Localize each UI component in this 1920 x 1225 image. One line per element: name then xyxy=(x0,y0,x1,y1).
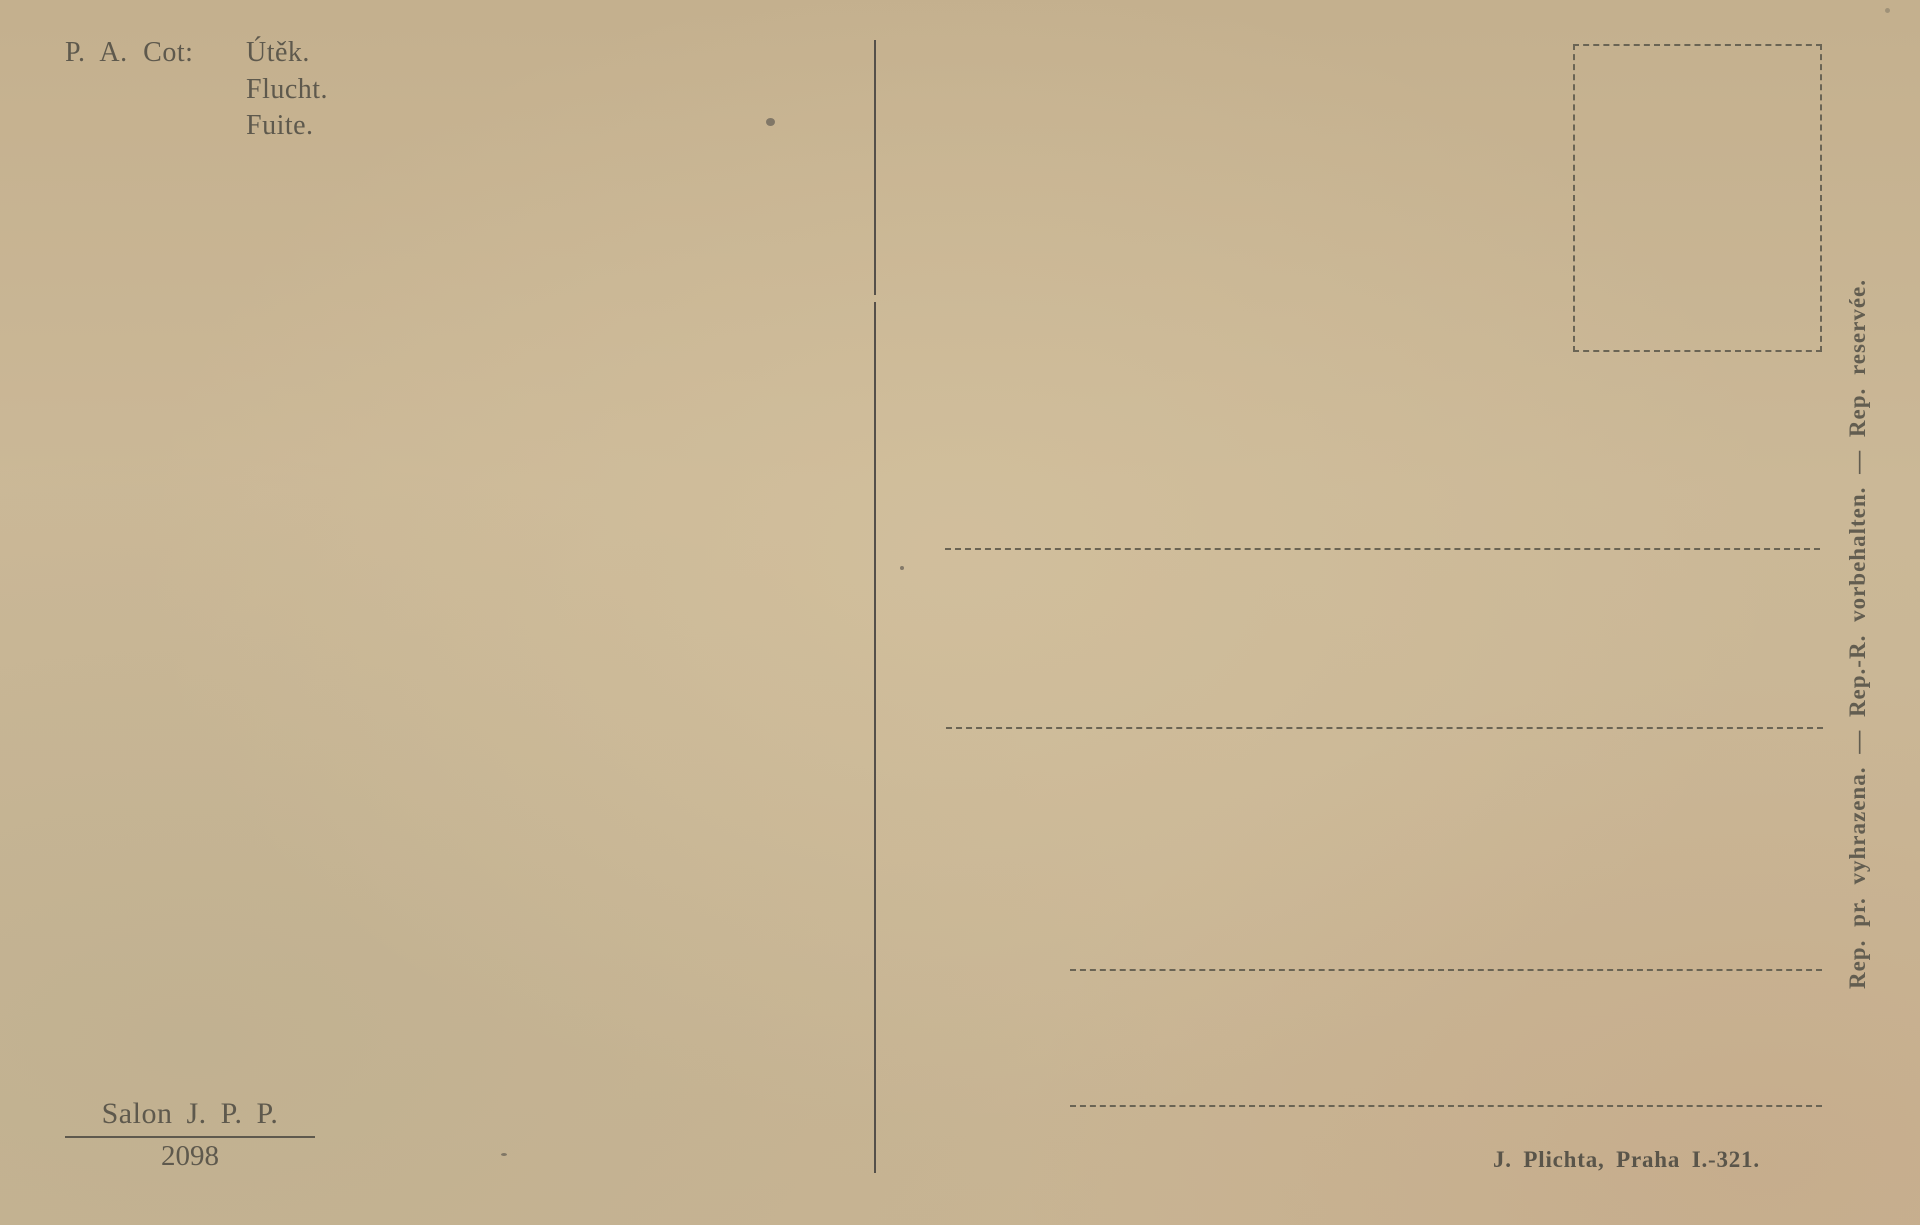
rights-notice: Rep. pr. vyhrazena. — Rep.-R. vorbehalte… xyxy=(1845,279,1871,989)
paper-speck xyxy=(501,1153,507,1156)
title-czech: Útěk. xyxy=(246,39,310,67)
printer-imprint: J. Plichta, Praha I.-321. xyxy=(1493,1147,1760,1173)
card-number: 2098 xyxy=(65,1141,315,1171)
center-divider-top xyxy=(874,40,876,295)
title-german: Flucht. xyxy=(246,76,328,104)
artist-name: P. A. Cot: xyxy=(65,39,193,67)
postcard-back: P. A. Cot: Útěk. Flucht. Fuite. Salon J.… xyxy=(0,0,1920,1225)
address-line-3 xyxy=(1070,969,1822,971)
title-french: Fuite. xyxy=(246,112,314,140)
paper-speck xyxy=(900,566,904,570)
paper-speck xyxy=(766,118,775,126)
paper-speck xyxy=(1885,8,1890,13)
publisher-underline xyxy=(65,1136,315,1138)
stamp-box xyxy=(1573,44,1822,352)
publisher-series: Salon J. P. P. xyxy=(65,1098,315,1130)
address-line-4 xyxy=(1070,1105,1822,1107)
center-divider-bottom xyxy=(874,302,876,1173)
address-line-2 xyxy=(946,727,1823,729)
address-line-1 xyxy=(945,548,1820,550)
